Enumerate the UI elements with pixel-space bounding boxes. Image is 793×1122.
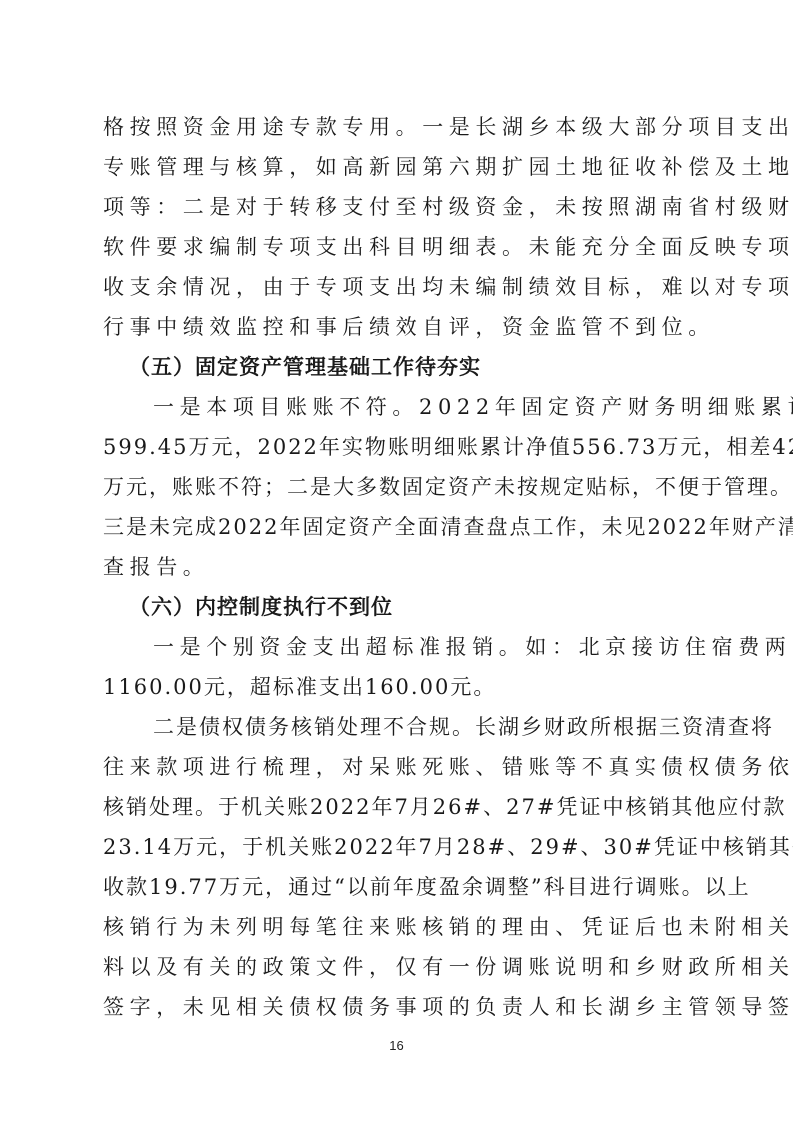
body-line: 一是本项目账账不符。2022年固定资产财务明细账累计净值 [103, 387, 707, 427]
body-line: 行事中绩效监控和事后绩效自评，资金监管不到位。 [103, 307, 707, 347]
body-line: 查报告。 [103, 547, 707, 587]
body-line: 签字，未见相关债权债务事项的负责人和长湖乡主管领导签字。 [103, 987, 707, 1027]
body-line: 软件要求编制专项支出科目明细表。未能充分全面反映专项支出的 [103, 227, 707, 267]
body-line: 599.45万元，2022年实物账明细账累计净值556.73万元，相差42.72 [103, 427, 707, 467]
page-number: 16 [0, 1038, 793, 1053]
body-line: 23.14万元，于机关账2022年7月28#、29#、30#凭证中核销其他应 [103, 827, 707, 867]
section-heading-internal-control: （六）内控制度执行不到位 [103, 587, 707, 627]
body-line: 收支余情况，由于专项支出均未编制绩效目标，难以对专项支出进 [103, 267, 707, 307]
body-line: 往来款项进行梳理，对呆账死账、错账等不真实债权债务依法依规 [103, 747, 707, 787]
body-line: 核销行为未列明每笔往来账核销的理由、凭证后也未附相关佐证材 [103, 907, 707, 947]
section-heading-fixed-assets: （五）固定资产管理基础工作待夯实 [103, 347, 707, 387]
body-line: 专账管理与核算，如高新园第六期扩园土地征收补偿及土地平整专 [103, 147, 707, 187]
body-line: 收款19.77万元，通过“以前年度盈余调整”科目进行调账。以上 [103, 867, 707, 907]
body-line: 二是债权债务核销处理不合规。长湖乡财政所根据三资清查将 [103, 707, 707, 747]
body-line: 项等：二是对于转移支付至村级资金，未按照湖南省村级财务统一 [103, 187, 707, 227]
document-body: 格按照资金用途专款专用。一是长湖乡本级大部分项目支出未实施 专账管理与核算，如高… [103, 107, 707, 1027]
body-line: 1160.00元，超标准支出160.00元。 [103, 667, 707, 707]
body-line: 万元，账账不符；二是大多数固定资产未按规定贴标，不便于管理。 [103, 467, 707, 507]
body-line: 一是个别资金支出超标准报销。如：北京接访住宿费两间 [103, 627, 707, 667]
body-line: 料以及有关的政策文件，仅有一份调账说明和乡财政所相关人员的 [103, 947, 707, 987]
body-line: 格按照资金用途专款专用。一是长湖乡本级大部分项目支出未实施 [103, 107, 707, 147]
body-line: 核销处理。于机关账2022年7月26#、27#凭证中核销其他应付款 [103, 787, 707, 827]
body-line: 三是未完成2022年固定资产全面清查盘点工作，未见2022年财产清 [103, 507, 707, 547]
